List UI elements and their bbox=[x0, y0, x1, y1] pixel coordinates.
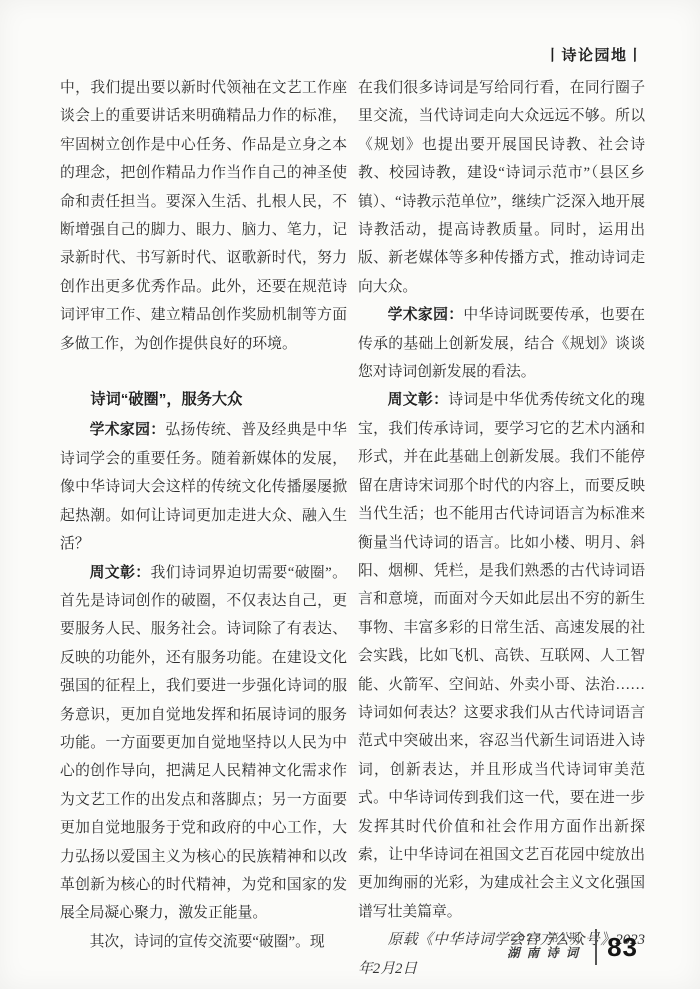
paragraph-interviewee-answer: 周文彰：我们诗词界迫切需要“破圈”。首先是诗词创作的破圈，不仅表达自己，更要服务… bbox=[60, 559, 347, 928]
paragraph-start: 其次，诗词的宣传交流要“破圈”。现 bbox=[60, 928, 347, 956]
paragraph-interviewer-question: 学术家园：中华诗词既要传承，也要在传承的基础上创新发展，结合《规划》谈谈您对诗词… bbox=[358, 301, 645, 386]
page-header-column-title: 丨诗论园地丨 bbox=[545, 44, 644, 65]
paragraph-text: 弘扬传统、普及经典是中华诗词学会的重要任务。随着新媒体的发展，像中华诗词大会这样… bbox=[60, 422, 347, 552]
footer-journal-name: 湖南诗词 bbox=[507, 946, 585, 962]
speaker-lead-academic-home: 学术家园： bbox=[388, 307, 464, 323]
footer-issue-label: 2023 第1期 bbox=[507, 932, 585, 946]
page-number: 83 bbox=[607, 932, 638, 963]
speaker-lead-zhou-wenzhang: 周文彰： bbox=[388, 392, 449, 408]
paragraph-continuation: 中，我们提出要以新时代领袖在文艺工作座谈会上的重要讲话来明确精品力作的标准，牢固… bbox=[60, 74, 347, 358]
left-column: 中，我们提出要以新时代领袖在文艺工作座谈会上的重要讲话来明确精品力作的标准，牢固… bbox=[60, 74, 347, 956]
paragraph-text: 诗词是中华优秀传统文化的瑰宝，我们传承诗词，要学习它的艺术内涵和形式，并在此基础… bbox=[358, 392, 645, 919]
speaker-lead-academic-home: 学术家园： bbox=[90, 422, 166, 438]
footer-issue-block: 2023 第1期 湖南诗词 bbox=[507, 932, 585, 961]
footer-divider bbox=[595, 929, 597, 965]
magazine-page: 丨诗论园地丨 中，我们提出要以新时代领袖在文艺工作座谈会上的重要讲话来明确精品力… bbox=[0, 0, 700, 989]
paragraph-text: 我们诗词界迫切需要“破圈”。首先是诗词创作的破圈，不仅表达自己，更要服务人民、服… bbox=[60, 565, 347, 922]
speaker-lead-zhou-wenzhang: 周文彰： bbox=[90, 565, 151, 581]
paragraph-interviewer-question: 学术家园：弘扬传统、普及经典是中华诗词学会的重要任务。随着新媒体的发展，像中华诗… bbox=[60, 416, 347, 558]
paragraph-interviewee-answer: 周文彰：诗词是中华优秀传统文化的瑰宝，我们传承诗词，要学习它的艺术内涵和形式，并… bbox=[358, 386, 645, 926]
right-column: 在我们很多诗词是写给同行看，在同行圈子里交流，当代诗词走向大众远远不够。所以《规… bbox=[358, 74, 645, 983]
page-footer: 2023 第1期 湖南诗词 83 bbox=[507, 929, 638, 965]
section-heading: 诗词“破圈”，服务大众 bbox=[60, 386, 347, 414]
paragraph-continuation: 在我们很多诗词是写给同行看，在同行圈子里交流，当代诗词走向大众远远不够。所以《规… bbox=[358, 74, 645, 301]
